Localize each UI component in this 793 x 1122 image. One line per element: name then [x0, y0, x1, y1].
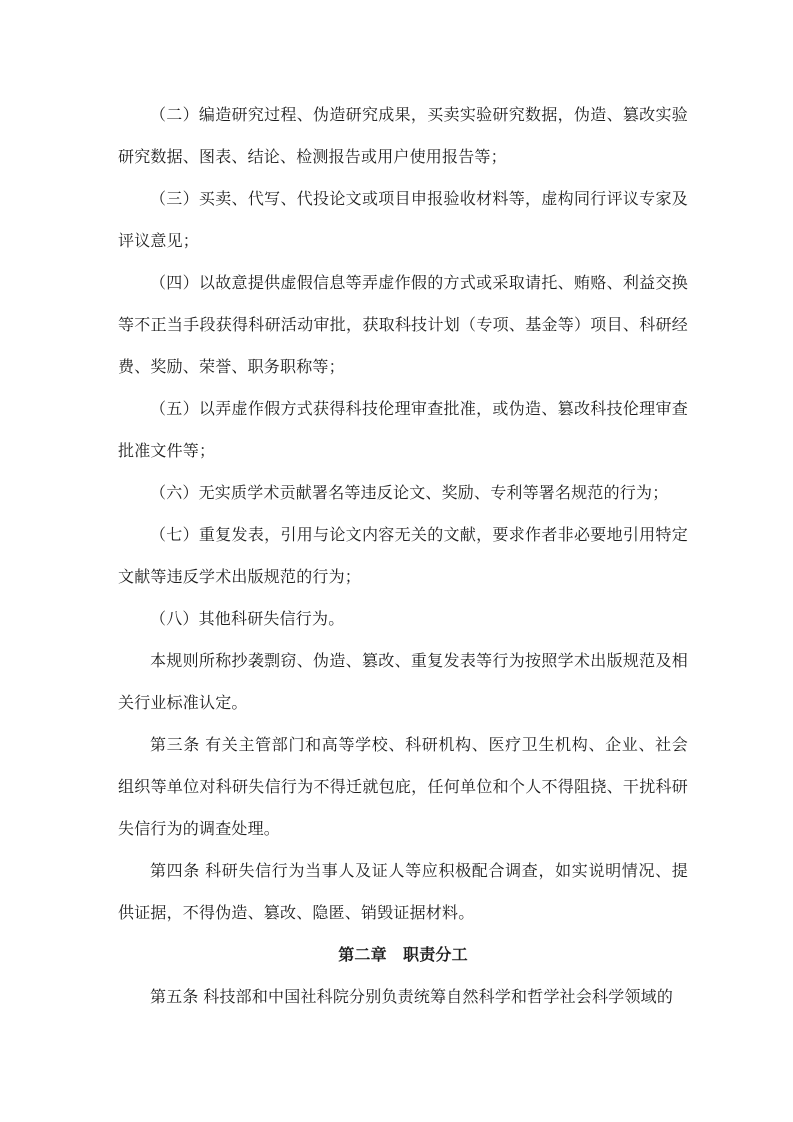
- chapter-heading: 第二章 职责分工: [118, 935, 688, 977]
- paragraph-article-5: 第五条 科技部和中国社科院分别负责统筹自然科学和哲学社会科学领域的: [118, 977, 688, 1019]
- paragraph-clause-4: （四）以故意提供虚假信息等弄虚作假的方式或采取请托、贿赂、利益交换等不正当手段获…: [118, 263, 688, 389]
- paragraph-definition-note: 本规则所称抄袭剽窃、伪造、篡改、重复发表等行为按照学术出版规范及相关行业标准认定…: [118, 641, 688, 725]
- paragraph-article-3: 第三条 有关主管部门和高等学校、科研机构、医疗卫生机构、企业、社会组织等单位对科…: [118, 725, 688, 851]
- document-page: （二）编造研究过程、伪造研究成果，买卖实验研究数据，伪造、篡改实验研究数据、图表…: [0, 0, 793, 1122]
- paragraph-clause-6: （六）无实质学术贡献署名等违反论文、奖励、专利等署名规范的行为；: [118, 473, 688, 515]
- paragraph-clause-7: （七）重复发表，引用与论文内容无关的文献，要求作者非必要地引用特定文献等违反学术…: [118, 515, 688, 599]
- paragraph-clause-2: （二）编造研究过程、伪造研究成果，买卖实验研究数据，伪造、篡改实验研究数据、图表…: [118, 95, 688, 179]
- paragraph-article-4: 第四条 科研失信行为当事人及证人等应积极配合调查，如实说明情况、提供证据，不得伪…: [118, 851, 688, 935]
- paragraph-clause-8: （八）其他科研失信行为。: [118, 599, 688, 641]
- paragraph-clause-3: （三）买卖、代写、代投论文或项目申报验收材料等，虚构同行评议专家及评议意见；: [118, 179, 688, 263]
- document-body: （二）编造研究过程、伪造研究成果，买卖实验研究数据，伪造、篡改实验研究数据、图表…: [118, 95, 688, 1019]
- paragraph-clause-5: （五）以弄虚作假方式获得科技伦理审查批准，或伪造、篡改科技伦理审查批准文件等；: [118, 389, 688, 473]
